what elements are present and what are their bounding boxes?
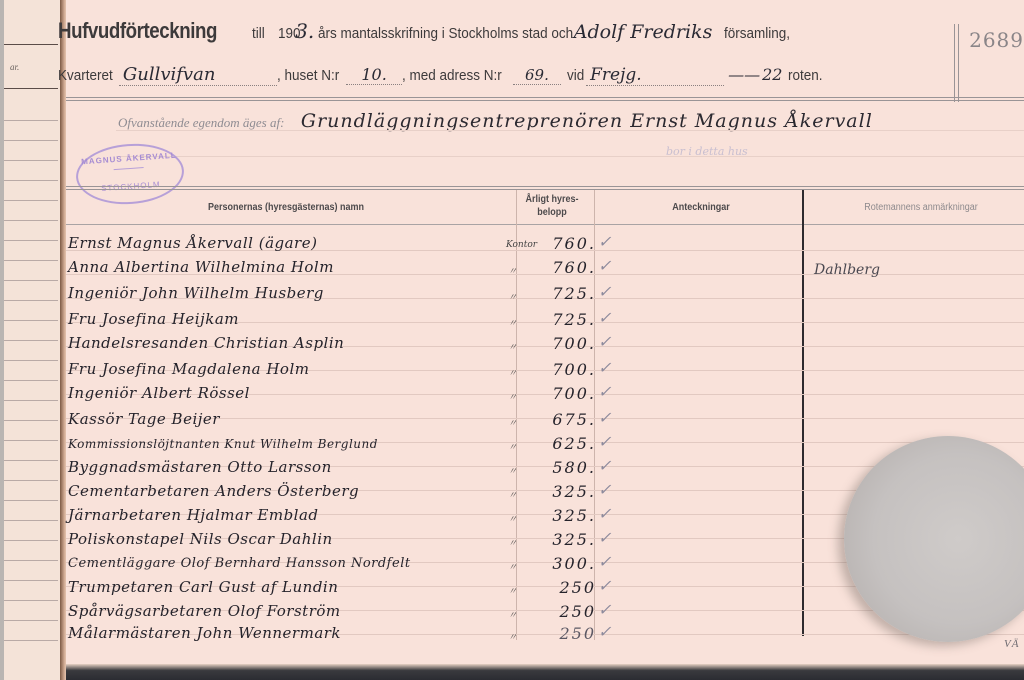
divider	[66, 224, 1024, 225]
ditto-mark: Kontor	[506, 240, 537, 250]
corner-text: VÄ	[1004, 638, 1019, 650]
tenant-name: Fru Josefina Magdalena Holm	[68, 360, 309, 378]
header-notes: Anteckningar	[634, 202, 769, 213]
tenant-name: Cementarbetaren Anders Österberg	[68, 482, 359, 500]
tenant-name: Trumpetaren Carl Gust af Lundin	[68, 578, 338, 596]
check-mark-icon: ✓	[598, 480, 611, 499]
rent-amount: 250	[536, 624, 596, 643]
table-row: Målarmästaren John Wennermark 〃 250 ✓	[66, 624, 1024, 648]
tenant-name: Byggnadsmästaren Otto Larsson	[68, 458, 332, 476]
ditto-mark: 〃	[508, 536, 517, 549]
tenant-name: Handelsresanden Christian Asplin	[68, 334, 344, 352]
rent-amount: 760.	[536, 234, 596, 253]
check-mark-icon: ✓	[598, 308, 611, 327]
table-row: Anna Albertina Wilhelmina Holm 〃 760. ✓	[66, 258, 1024, 282]
ditto-mark: 〃	[508, 390, 517, 403]
adress-value: 69.	[513, 66, 561, 85]
forsamling-text: församling,	[724, 25, 790, 42]
stamp-line-1: MAGNUS ÅKERVALL	[77, 150, 181, 166]
table-row: Ingeniör Albert Rössel 〃 700. ✓	[66, 384, 1024, 408]
table-row: Fru Josefina Heijkam 〃 725. ✓	[66, 310, 1024, 334]
tenant-name: Kassör Tage Beijer	[68, 410, 220, 428]
register-page: Hufvudförteckning till 190 3. års mantal…	[66, 0, 1024, 668]
divider	[66, 97, 1024, 98]
divider	[116, 130, 1024, 131]
check-mark-icon: ✓	[598, 528, 611, 547]
owner-value: Grundläggningsentreprenören Ernst Magnus…	[301, 110, 873, 132]
book-bottom-edge	[66, 664, 1024, 680]
divider	[116, 156, 1024, 157]
owner-stamp: MAGNUS ÅKERVALL STOCKHOLM	[74, 140, 186, 207]
check-mark-icon: ✓	[598, 552, 611, 571]
adress-label: , med adress N:r	[402, 67, 502, 84]
ditto-mark: 〃	[508, 290, 517, 303]
divider	[4, 44, 58, 45]
ditto-mark: 〃	[508, 440, 517, 453]
rent-amount: 325.	[536, 530, 596, 549]
check-mark-icon: ✓	[598, 358, 611, 377]
huset-value: 10.	[346, 65, 402, 85]
header-remarks: Rotemannens anmärkningar	[836, 202, 1007, 213]
title-row: Hufvudförteckning till 190 3. års mantal…	[66, 18, 797, 50]
rent-amount: 250	[536, 578, 596, 597]
left-page-fragment: ar.	[10, 62, 19, 72]
ditto-mark: 〃	[508, 416, 517, 429]
rent-amount: 580.	[536, 458, 596, 477]
tenant-name: Spårvägsarbetaren Olof Forström	[68, 602, 341, 620]
check-mark-icon: ✓	[598, 456, 611, 475]
table-row: Ernst Magnus Åkervall (ägare) Kontor 760…	[66, 234, 1024, 258]
till-label: till	[252, 25, 265, 42]
rent-amount: 300.	[536, 554, 596, 573]
rent-amount: 700.	[536, 334, 596, 353]
owner-label: Ofvanstående egendom äges af:	[118, 115, 284, 130]
rent-amount: 325.	[536, 482, 596, 501]
rent-amount: 725.	[536, 310, 596, 329]
rent-amount: 325.	[536, 506, 596, 525]
header-rent: Årligt hyres- belopp	[516, 193, 588, 219]
table-row: Kommissionslöjtnanten Knut Wilhelm Bergl…	[66, 434, 1024, 458]
ditto-mark: 〃	[508, 464, 517, 477]
address-row: Kvarteret Gullvifvan , huset N:r 10. , m…	[58, 64, 827, 86]
left-page: ar.	[4, 0, 63, 680]
page-number: 2689	[969, 28, 1024, 52]
ditto-mark: 〃	[508, 584, 517, 597]
tenant-name: Ernst Magnus Åkervall (ägare)	[68, 234, 317, 252]
divider	[954, 24, 955, 102]
huset-label: , huset N:r	[277, 67, 339, 84]
roten-dash: ——	[728, 65, 760, 84]
check-mark-icon: ✓	[598, 432, 611, 451]
divider	[66, 189, 1024, 190]
ditto-mark: 〃	[508, 340, 517, 353]
tenant-name: Ingeniör Albert Rössel	[68, 384, 250, 402]
stamp-ornament	[114, 167, 144, 170]
kvarteret-label: Kvarteret	[58, 67, 113, 84]
check-mark-icon: ✓	[598, 382, 611, 401]
ditto-mark: 〃	[508, 560, 517, 573]
check-mark-icon: ✓	[598, 600, 611, 619]
divider	[66, 100, 1024, 101]
tenant-name: Anna Albertina Wilhelmina Holm	[68, 258, 334, 276]
check-mark-icon: ✓	[598, 256, 611, 275]
tenant-name: Fru Josefina Heijkam	[68, 310, 239, 328]
table-row: Fru Josefina Magdalena Holm 〃 700. ✓	[66, 360, 1024, 384]
divider	[4, 88, 58, 89]
ditto-mark: 〃	[508, 366, 517, 379]
check-mark-icon: ✓	[598, 332, 611, 351]
year-prefix: 190	[278, 25, 301, 42]
ditto-mark: 〃	[508, 316, 517, 329]
tenant-name: Poliskonstapel Nils Oscar Dahlin	[68, 530, 333, 548]
divider	[958, 24, 959, 102]
tenant-name: Cementläggare Olof Bernhard Hansson Nord…	[68, 556, 411, 571]
check-mark-icon: ✓	[598, 504, 611, 523]
roten-label: roten.	[788, 67, 823, 84]
kvarteret-value: Gullvifvan	[119, 64, 277, 86]
rent-amount: 625.	[536, 434, 596, 453]
tenant-name: Målarmästaren John Wennermark	[68, 624, 341, 642]
rent-amount: 760.	[536, 258, 596, 277]
ditto-mark: 〃	[508, 630, 517, 643]
table-row: Ingeniör John Wilhelm Husberg 〃 725. ✓	[66, 284, 1024, 308]
page-title: Hufvudförteckning	[58, 18, 220, 44]
check-mark-icon: ✓	[598, 622, 611, 641]
header-name: Personernas (hyresgästernas) namn	[169, 202, 403, 213]
rent-amount: 700.	[536, 384, 596, 403]
rent-amount: 675.	[536, 410, 596, 429]
tenant-name: Ingeniör John Wilhelm Husberg	[68, 284, 324, 302]
table-row: Handelsresanden Christian Asplin 〃 700. …	[66, 334, 1024, 358]
rent-amount: 700.	[536, 360, 596, 379]
ditto-mark: 〃	[508, 512, 517, 525]
owner-row: Ofvanstående egendom äges af: Grundläggn…	[118, 110, 873, 132]
remark-entry: Dahlberg	[814, 262, 880, 278]
check-mark-icon: ✓	[598, 576, 611, 595]
tenant-name: Järnarbetaren Hjalmar Emblad	[68, 506, 319, 524]
tenant-name: Kommissionslöjtnanten Knut Wilhelm Bergl…	[68, 437, 378, 451]
parish-handwritten: Adolf Fredriks	[574, 21, 724, 43]
ditto-mark: 〃	[508, 608, 517, 621]
rent-amount: 250	[536, 602, 596, 621]
roten-value: 22	[762, 65, 782, 84]
rent-amount: 725.	[536, 284, 596, 303]
ditto-mark: 〃	[508, 488, 517, 501]
check-mark-icon: ✓	[598, 408, 611, 427]
divider	[66, 186, 1024, 187]
check-mark-icon: ✓	[598, 232, 611, 251]
ditto-mark: 〃	[508, 264, 517, 277]
ars-text: års mantalsskrifning i Stockholms stad o…	[318, 25, 573, 42]
check-mark-icon: ✓	[598, 282, 611, 301]
vid-value: Frejg.	[586, 65, 724, 86]
vid-label: vid	[567, 67, 584, 84]
table-row: Kassör Tage Beijer 〃 675. ✓	[66, 410, 1024, 434]
